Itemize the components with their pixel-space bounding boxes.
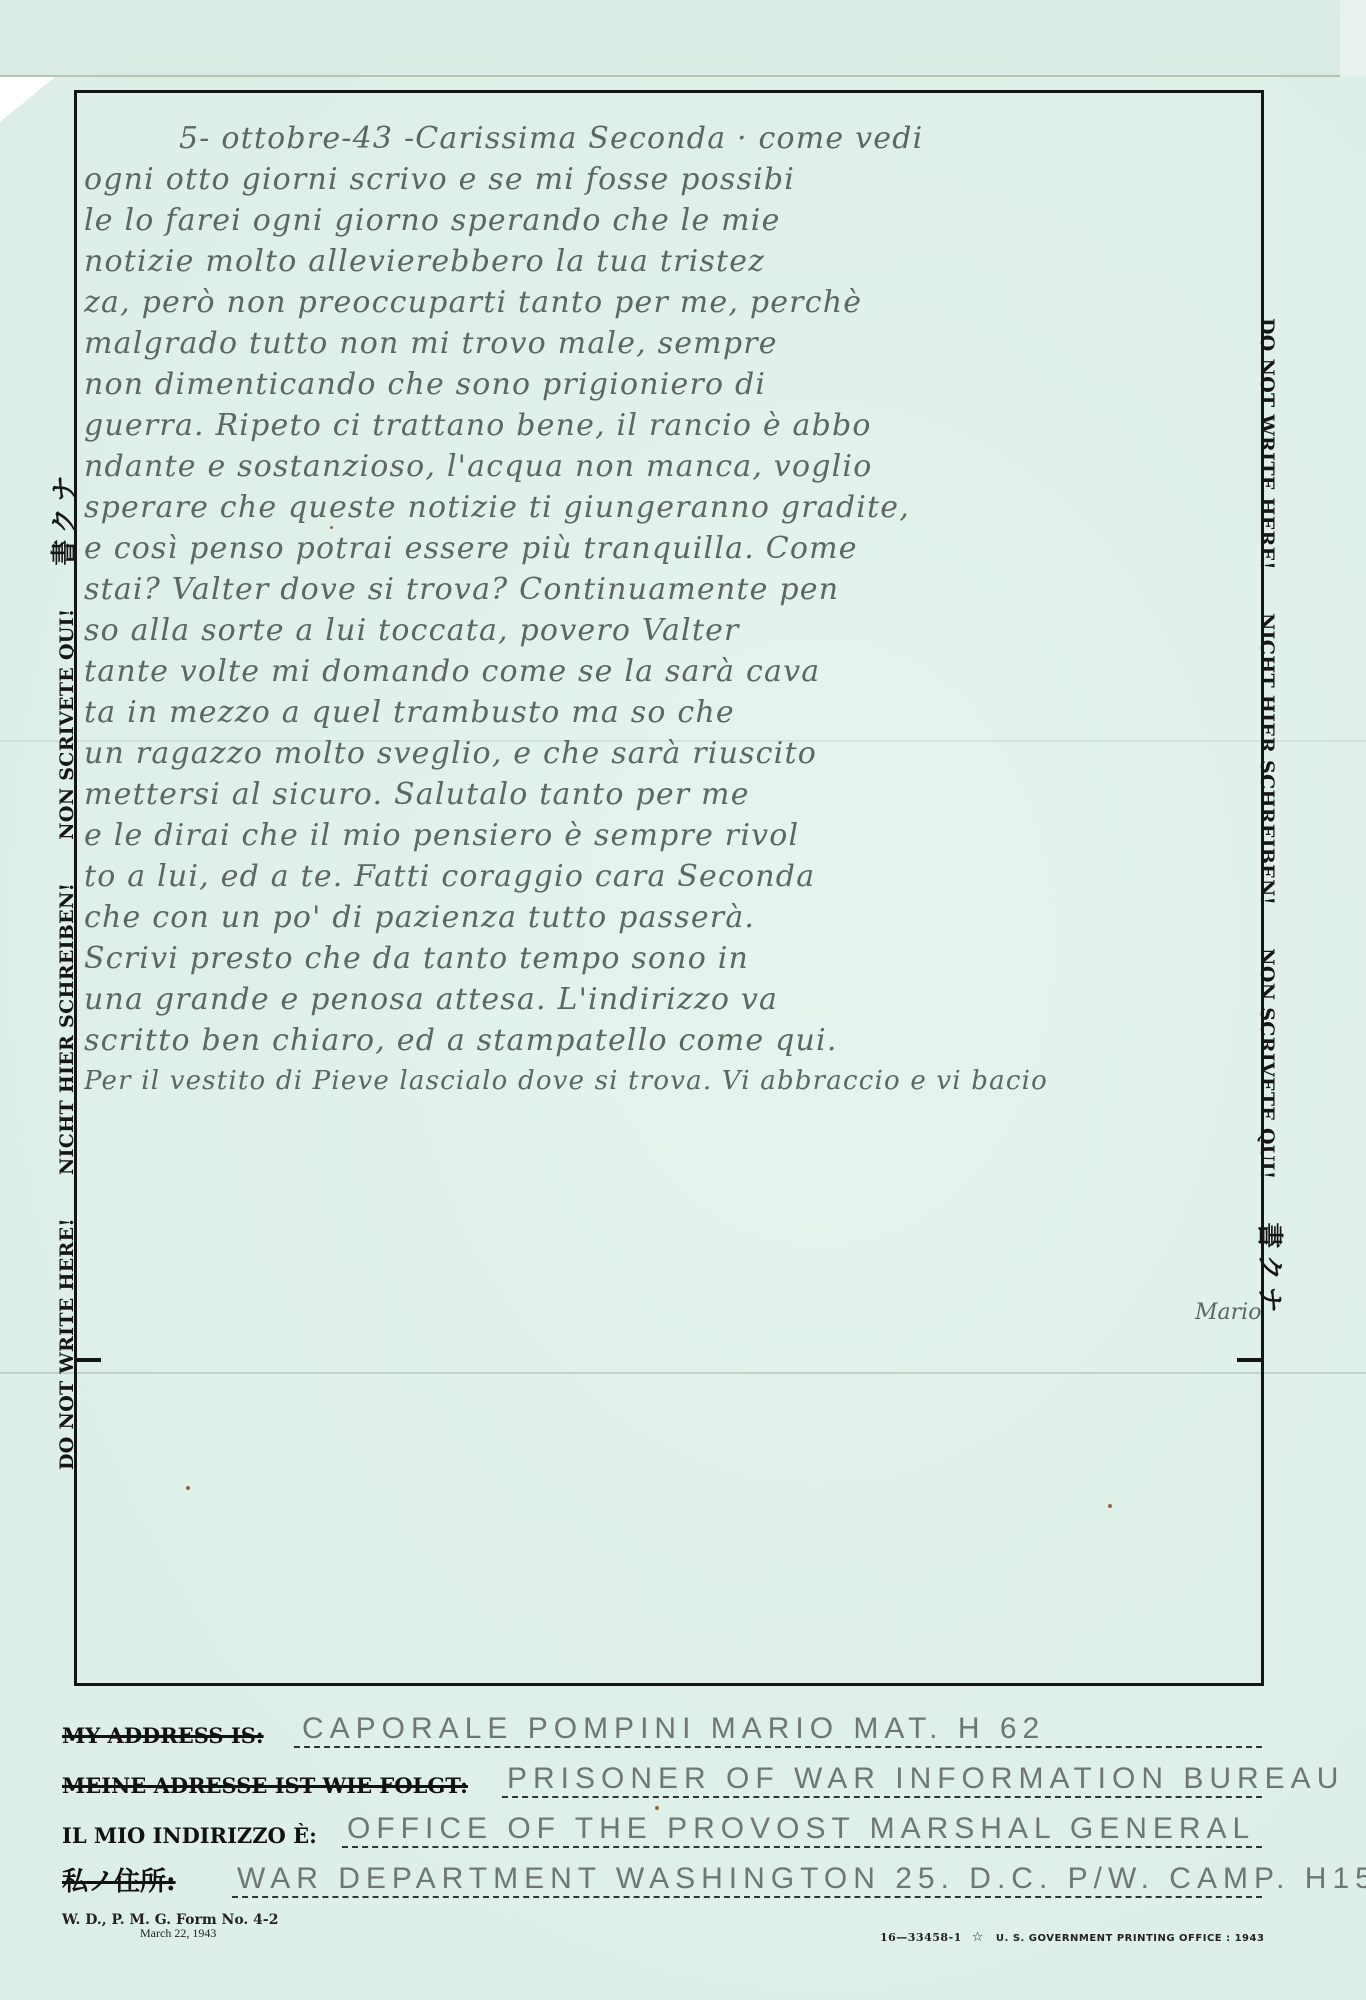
letter-line: ogni otto giorni scrivo e se mi fosse po… bbox=[84, 159, 1259, 200]
warning-italian: NON SCRIVETE QUI! bbox=[56, 609, 78, 840]
letter-line: tante volte mi domando come se la sarà c… bbox=[84, 651, 1259, 692]
letter-line: e le dirai che il mio pensiero è sempre … bbox=[84, 815, 1259, 856]
letter-line: so alla sorte a lui toccata, povero Valt… bbox=[84, 610, 1259, 651]
paper-speck bbox=[655, 1806, 659, 1810]
warning-english: DO NOT WRITE HERE! bbox=[56, 1218, 78, 1470]
address-dotted-line bbox=[294, 1746, 1262, 1748]
warning-english: DO NOT WRITE HERE! bbox=[1256, 318, 1278, 570]
address-dotted-line bbox=[232, 1896, 1262, 1898]
address-dotted-line bbox=[342, 1846, 1262, 1848]
warning-german: NICHT HIER SCHREIBEN! bbox=[1256, 613, 1278, 905]
letter-line: to a lui, ed a te. Fatti coraggio cara S… bbox=[84, 856, 1259, 897]
address-label: MY ADDRESS IS: bbox=[62, 1723, 264, 1748]
address-value: OFFICE OF THE PROVOST MARSHAL GENERAL bbox=[347, 1812, 1255, 1846]
address-label: 私ノ住所: bbox=[62, 1861, 176, 1898]
letter-line: malgrado tutto non mi trovo male, sempre bbox=[84, 323, 1259, 364]
letter-line: non dimenticando che sono prigioniero di bbox=[84, 364, 1259, 405]
letter-line: ta in mezzo a quel trambusto ma so che bbox=[84, 692, 1259, 733]
left-margin-warnings: DO NOT WRITE HERE! NICHT HIER SCHREIBEN!… bbox=[44, 434, 81, 1470]
letter-line: sperare che queste notizie ti giungerann… bbox=[84, 487, 1259, 528]
letter-line: e così penso potrai essere più tranquill… bbox=[84, 528, 1259, 569]
print-code: 16—33458-1 bbox=[880, 1931, 962, 1944]
address-value: PRISONER OF WAR INFORMATION BUREAU bbox=[507, 1762, 1344, 1796]
letter-line: scritto ben chiaro, ed a stampatello com… bbox=[84, 1020, 1259, 1061]
letter-line: stai? Valter dove si trova? Continuament… bbox=[84, 569, 1259, 610]
signature: Mario bbox=[1195, 1300, 1261, 1325]
address-row-german: MEINE ADRESSE IST WIE FOLGT: PRISONER OF… bbox=[62, 1762, 1262, 1802]
address-value: CAPORALE POMPINI MARIO MAT. H 62 bbox=[302, 1712, 1045, 1746]
address-label: MEINE ADRESSE IST WIE FOLGT: bbox=[62, 1773, 468, 1798]
paper-speck bbox=[330, 526, 333, 529]
handwritten-letter: 5- ottobre-43 -Carissima Seconda · come … bbox=[84, 118, 1259, 1102]
form-date: March 22, 1943 bbox=[140, 1926, 216, 1941]
address-row-english: MY ADDRESS IS: CAPORALE POMPINI MARIO MA… bbox=[62, 1712, 1262, 1752]
letter-line: mettersi al sicuro. Salutalo tanto per m… bbox=[84, 774, 1259, 815]
warning-italian: NON SCRIVETE QUI! bbox=[1256, 948, 1278, 1179]
paper-top-flap bbox=[0, 0, 1340, 77]
letter-line: un ragazzo molto sveglio, e che sarà riu… bbox=[84, 733, 1259, 774]
address-label: IL MIO INDIRIZZO È: bbox=[62, 1823, 317, 1848]
warning-german: NICHT HIER SCHREIBEN! bbox=[56, 883, 78, 1175]
letter-line: 5- ottobre-43 -Carissima Seconda · come … bbox=[84, 118, 1259, 159]
address-row-japanese: 私ノ住所: WAR DEPARTMENT WASHINGTON 25. D.C.… bbox=[62, 1862, 1262, 1902]
printer-line: 16—33458-1 ☆ U. S. GOVERNMENT PRINTING O… bbox=[880, 1930, 1264, 1945]
letter-line: ndante e sostanzioso, l'acqua non manca,… bbox=[84, 446, 1259, 487]
letter-line: le lo farei ogni giorno sperando che le … bbox=[84, 200, 1259, 241]
paper-speck bbox=[1108, 1504, 1112, 1508]
paper-speck bbox=[186, 1486, 190, 1490]
right-tick-mark bbox=[1237, 1358, 1261, 1362]
letter-line: guerra. Ripeto ci trattano bene, il ranc… bbox=[84, 405, 1259, 446]
address-dotted-line bbox=[502, 1796, 1262, 1798]
letter-line: che con un po' di pazienza tutto passerà… bbox=[84, 897, 1259, 938]
warning-japanese: 書クナ bbox=[44, 470, 81, 566]
letter-line: notizie molto allevierebbero la tua tris… bbox=[84, 241, 1259, 282]
letter-line: Per il vestito di Pieve lascialo dove si… bbox=[84, 1061, 1259, 1102]
torn-corner bbox=[0, 77, 55, 122]
letter-line: Scrivi presto che da tanto tempo sono in bbox=[84, 938, 1259, 979]
address-value: WAR DEPARTMENT WASHINGTON 25. D.C. P/W. … bbox=[237, 1862, 1366, 1896]
star-icon: ☆ bbox=[972, 1930, 984, 1945]
letter-line: za, però non preoccuparti tanto per me, … bbox=[84, 282, 1259, 323]
letter-line: una grande e penosa attesa. L'indirizzo … bbox=[84, 979, 1259, 1020]
printer-name: U. S. GOVERNMENT PRINTING OFFICE : 1943 bbox=[996, 1933, 1264, 1944]
address-row-italian: IL MIO INDIRIZZO È: OFFICE OF THE PROVOS… bbox=[62, 1812, 1262, 1852]
